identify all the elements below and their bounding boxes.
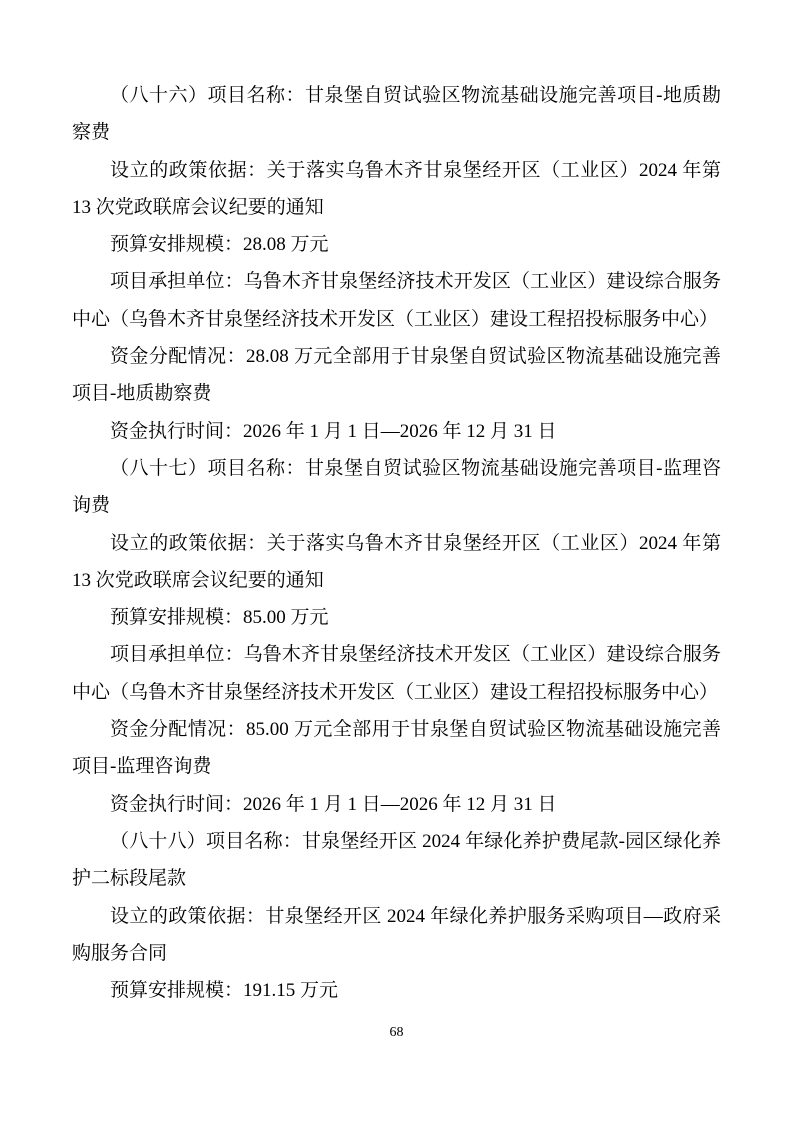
paragraph-project-86-budget: 预算安排规模：28.08 万元 xyxy=(72,226,721,263)
paragraph-project-86-period: 资金执行时间：2026 年 1 月 1 日—2026 年 12 月 31 日 xyxy=(72,413,721,450)
paragraph-project-87-name: （八十七）项目名称：甘泉堡自贸试验区物流基础设施完善项目-监理咨询费 xyxy=(72,450,721,525)
paragraph-project-87-budget: 预算安排规模：85.00 万元 xyxy=(72,599,721,636)
page-number: 68 xyxy=(0,1022,793,1044)
paragraph-project-87-undertaker: 项目承担单位：乌鲁木齐甘泉堡经济技术开发区（工业区）建设综合服务中心（乌鲁木齐甘… xyxy=(72,636,721,711)
paragraph-project-86-undertaker: 项目承担单位：乌鲁木齐甘泉堡经济技术开发区（工业区）建设综合服务中心（乌鲁木齐甘… xyxy=(72,263,721,338)
paragraph-project-87-policy: 设立的政策依据：关于落实乌鲁木齐甘泉堡经开区（工业区）2024 年第 13 次党… xyxy=(72,525,721,600)
paragraph-project-86-policy: 设立的政策依据：关于落实乌鲁木齐甘泉堡经开区（工业区）2024 年第 13 次党… xyxy=(72,152,721,227)
paragraph-project-87-allocation: 资金分配情况：85.00 万元全部用于甘泉堡自贸试验区物流基础设施完善项目-监理… xyxy=(72,711,721,786)
paragraph-project-87-period: 资金执行时间：2026 年 1 月 1 日—2026 年 12 月 31 日 xyxy=(72,786,721,823)
paragraph-project-88-budget: 预算安排规模：191.15 万元 xyxy=(72,972,721,1009)
paragraph-project-88-policy: 设立的政策依据：甘泉堡经开区 2024 年绿化养护服务采购项目—政府采购服务合同 xyxy=(72,898,721,973)
paragraph-project-88-name: （八十八）项目名称：甘泉堡经开区 2024 年绿化养护费尾款-园区绿化养护二标段… xyxy=(72,823,721,898)
document-body: （八十六）项目名称：甘泉堡自贸试验区物流基础设施完善项目-地质勘察费 设立的政策… xyxy=(72,77,721,1009)
document-page: （八十六）项目名称：甘泉堡自贸试验区物流基础设施完善项目-地质勘察费 设立的政策… xyxy=(0,0,793,1122)
paragraph-project-86-name: （八十六）项目名称：甘泉堡自贸试验区物流基础设施完善项目-地质勘察费 xyxy=(72,77,721,152)
paragraph-project-86-allocation: 资金分配情况：28.08 万元全部用于甘泉堡自贸试验区物流基础设施完善项目-地质… xyxy=(72,338,721,413)
